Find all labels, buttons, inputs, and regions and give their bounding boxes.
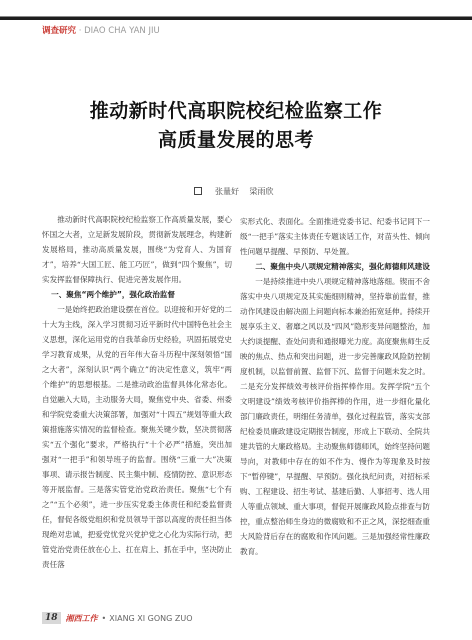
journal-name-en: XIANG XI GONG ZUO — [109, 614, 192, 623]
square-box-icon — [194, 187, 202, 195]
author-name: 梁雨欣 — [250, 187, 274, 196]
article-title-line2: 高质量发展的思考 — [0, 125, 472, 152]
body-paragraph: 一是持续推进中央八项规定精神落地落细。锲而不舍落实中央八项规定及其实施细则精神，… — [240, 274, 430, 559]
byline: 张量好 梁雨欣 — [0, 186, 472, 197]
body-paragraph: 一是始终把政治建设摆在首位。以迎接和开好党的二十大为主线，深入学习贯彻习近平新时… — [42, 302, 232, 572]
section-label: 调查研究 · DIAO CHA YAN JIU — [42, 24, 160, 36]
section-heading-2: 二、聚焦中央八项规定精神落实，强化师德师风建设 — [240, 259, 430, 274]
intro-paragraph: 推动新时代高职院校纪检监察工作高质量发展，要心怀国之大者，立足新发展阶段，贯彻新… — [42, 212, 232, 287]
page-footer: 18 湘西工作 • XIANG XI GONG ZUO — [42, 612, 196, 624]
journal-name-cn: 湘西工作 — [66, 613, 98, 624]
top-rule-divider — [0, 16, 472, 20]
continued-paragraph: 实形式化、表面化。全面推进党委书记、纪委书记同下一级“一把手”落实主体责任专题谈… — [240, 214, 430, 259]
left-column: 推动新时代高职院校纪检监察工作高质量发展，要心怀国之大者，立足新发展阶段，贯彻新… — [42, 212, 232, 572]
footer-separator: • — [102, 614, 107, 623]
section-label-cn: 调查研究 — [42, 26, 76, 36]
article-title-line1: 推动新时代高职院校纪检监察工作 — [0, 96, 472, 123]
page-number: 18 — [42, 612, 61, 624]
author-name: 张量好 — [215, 187, 239, 196]
right-column: 实形式化、表面化。全面推进党委书记、纪委书记同下一级“一把手”落实主体责任专题谈… — [240, 214, 430, 559]
section-heading-1: 一、聚焦“两个维护”，强化政治监督 — [42, 287, 232, 302]
section-label-en: DIAO CHA YAN JIU — [84, 26, 160, 36]
section-label-separator: · — [79, 26, 82, 36]
